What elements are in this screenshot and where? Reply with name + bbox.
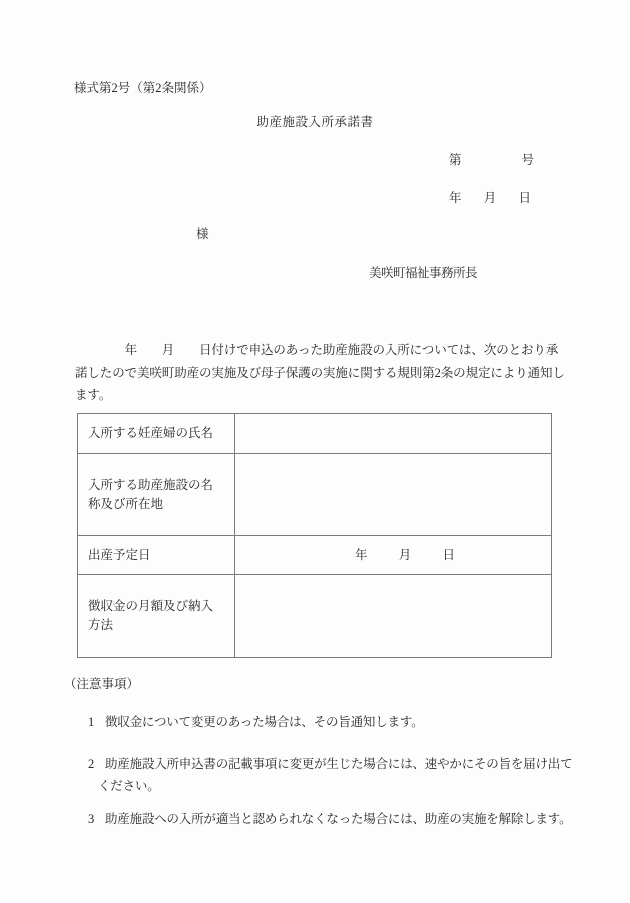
- field-label-text: 入所する妊産婦の氏名: [88, 424, 228, 443]
- body-line: 諾したので美咲町助産の実施及び母子保護の実施に関する規則第2条の規定により通知し: [75, 362, 567, 385]
- date-day-label: 日: [518, 190, 531, 207]
- field-label-due-date: 出産予定日: [78, 536, 235, 575]
- body-line: 年 月 日付けで申込のあった助産施設の入所については、次のとおり承: [75, 339, 567, 362]
- field-label-text: 称及び所在地: [88, 495, 228, 514]
- field-label-text: 出産予定日: [88, 546, 228, 565]
- note-number: 3: [88, 808, 105, 830]
- note-item-1: 1徴収金について変更のあった場合は、その旨通知します。: [88, 711, 562, 733]
- field-label-text: 入所する助産施設の名: [88, 476, 228, 495]
- body-line: ます。: [75, 384, 567, 407]
- form-number: 様式第2号（第2条関係）: [74, 80, 212, 97]
- document-number-suffix: 号: [521, 152, 534, 169]
- notes-heading: （注意事項）: [64, 676, 139, 693]
- note-number: 2: [88, 753, 105, 775]
- note-item-2: 2助産施設入所申込書の記載事項に変更が生じた場合には、速やかにその旨を届け出て …: [88, 753, 562, 797]
- form-fields-table: 入所する妊産婦の氏名 入所する助産施設の名 称及び所在地 出産予定日 年: [77, 413, 552, 658]
- document-number-prefix: 第: [449, 152, 462, 169]
- date-month-label: 月: [484, 190, 497, 207]
- field-label-facility-name-address: 入所する助産施設の名 称及び所在地: [78, 454, 235, 536]
- issue-date-line: 年 月 日: [449, 190, 531, 207]
- table-row: 入所する妊産婦の氏名: [78, 414, 552, 454]
- field-label-fee-amount-payment: 徴収金の月額及び納入 方法: [78, 575, 235, 658]
- table-row: 入所する助産施設の名 称及び所在地: [78, 454, 552, 536]
- note-text: 助産施設入所申込書の記載事項に変更が生じた場合には、速やかにその旨を届け出て: [105, 757, 572, 771]
- note-text-continuation: ください。: [98, 775, 562, 797]
- page-title: 助産施設入所承諾書: [0, 114, 630, 131]
- note-item-3: 3助産施設への入所が適当と認められなくなった場合には、助産の実施を解除します。: [88, 808, 562, 830]
- due-date-month-label: 月: [399, 547, 412, 564]
- due-date-day-label: 日: [442, 547, 455, 564]
- note-number: 1: [88, 711, 105, 733]
- document-page: 様式第2号（第2条関係） 助産施設入所承諾書 第 号 年 月 日 様 美咲町福祉…: [0, 0, 630, 903]
- note-text: 助産施設への入所が適当と認められなくなった場合には、助産の実施を解除します。: [105, 812, 571, 826]
- field-label-text: 徴収金の月額及び納入: [88, 597, 228, 616]
- due-date-placeholder: 年 月 日: [355, 547, 455, 564]
- date-year-label: 年: [449, 190, 462, 207]
- addressee-honorific: 様: [196, 226, 209, 243]
- field-value-mother-name: [235, 414, 552, 454]
- document-number-line: 第 号: [449, 152, 534, 169]
- field-value-facility-name-address: [235, 454, 552, 536]
- sender-title: 美咲町福祉事務所長: [369, 265, 477, 282]
- table-row: 出産予定日 年 月 日: [78, 536, 552, 575]
- due-date-year-label: 年: [355, 547, 368, 564]
- field-value-due-date: 年 月 日: [235, 536, 552, 575]
- field-label-text: 方法: [88, 616, 228, 635]
- field-value-fee-amount-payment: [235, 575, 552, 658]
- note-text: 徴収金について変更のあった場合は、その旨通知します。: [105, 715, 423, 729]
- body-paragraph: 年 月 日付けで申込のあった助産施設の入所については、次のとおり承 諾したので美…: [75, 339, 567, 407]
- field-label-mother-name: 入所する妊産婦の氏名: [78, 414, 235, 454]
- table-row: 徴収金の月額及び納入 方法: [78, 575, 552, 658]
